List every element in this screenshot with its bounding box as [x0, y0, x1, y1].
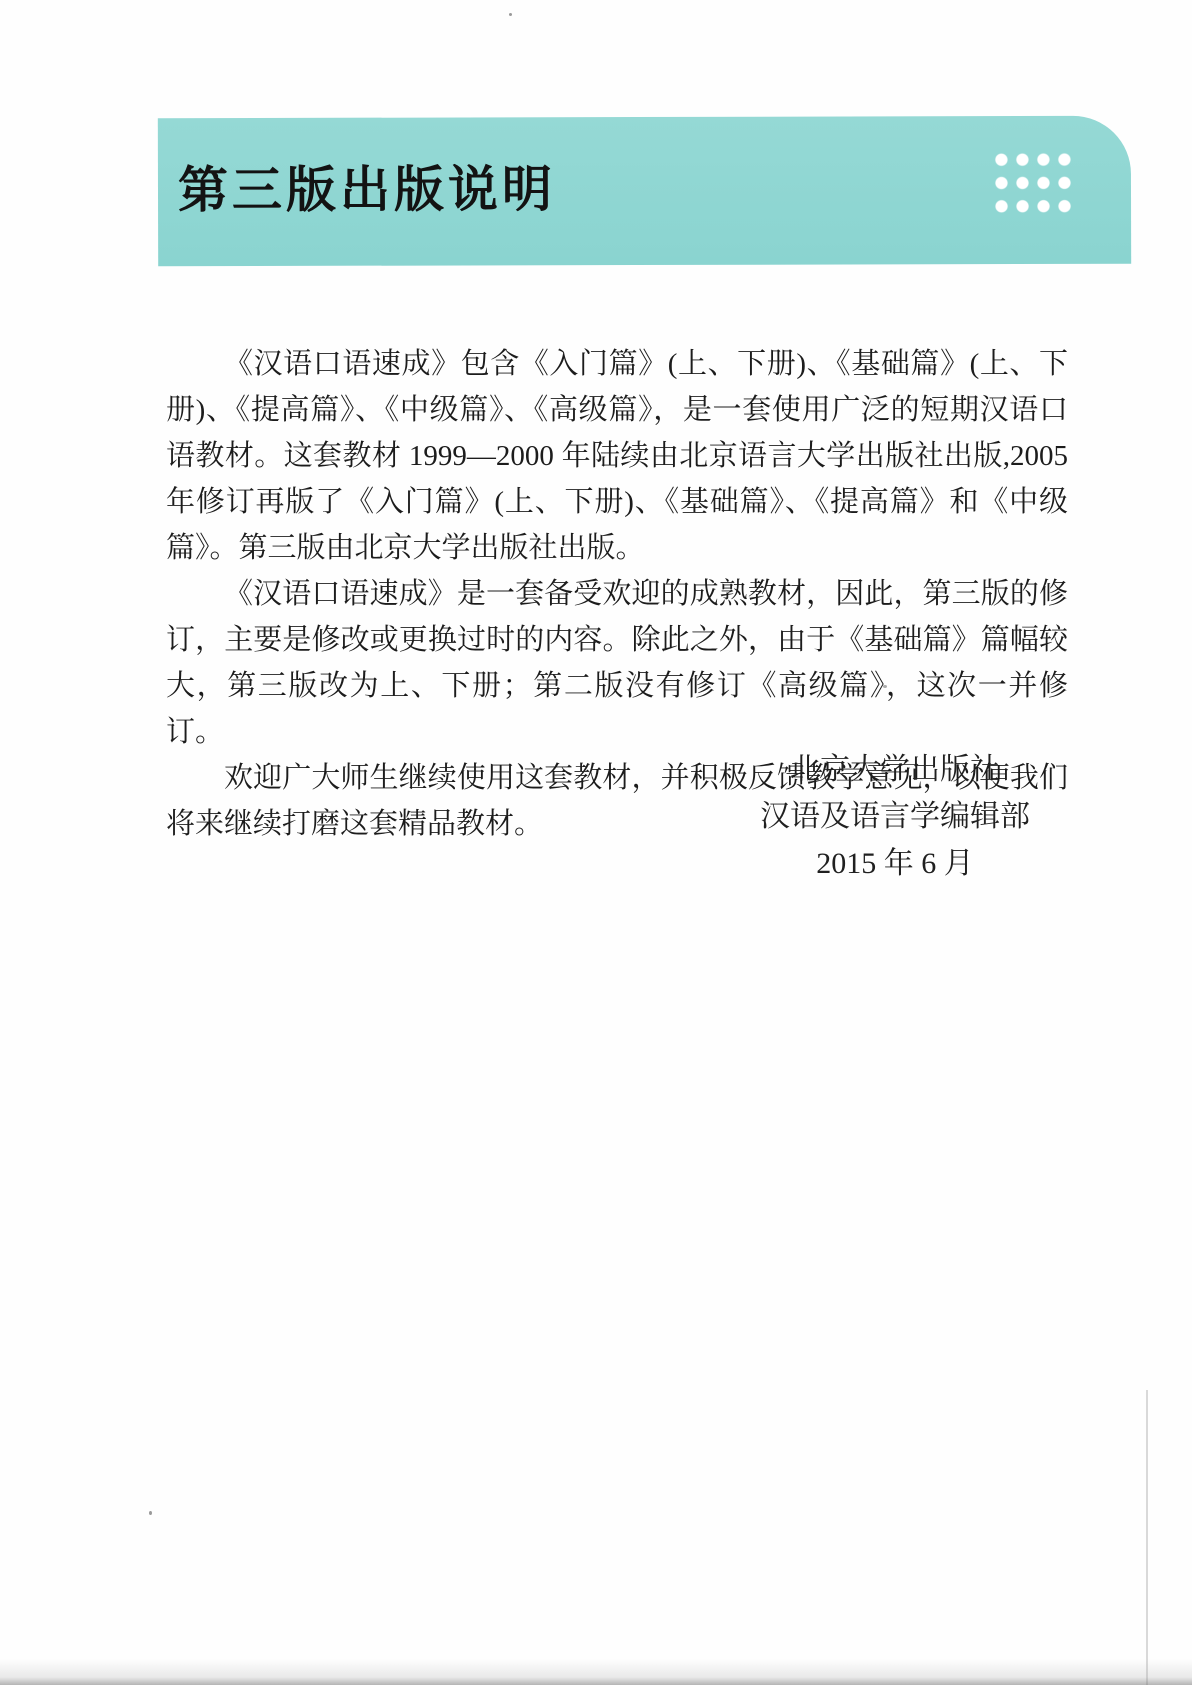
chapter-banner: 第三版出版说明 [158, 116, 1131, 267]
signature-date: 2015 年 6 月 [735, 840, 1055, 887]
signature-block: 北京大学出版社 汉语及语言学编辑部 2015 年 6 月 [735, 746, 1055, 887]
page-title: 第三版出版说明 [178, 161, 556, 218]
dot-grid-icon [991, 148, 1075, 218]
signature-department: 汉语及语言学编辑部 [735, 793, 1055, 840]
paragraph-2: 《汉语口语速成》是一套备受欢迎的成熟教材，因此，第三版的修订，主要是修改或更换过… [166, 571, 1068, 755]
scanned-book-page: 第三版出版说明 《汉语口语速成》包含《入门篇》(上、下册)、《基础篇》(上、下册… [0, 0, 1192, 1685]
scan-speck [883, 685, 887, 688]
paragraph-1: 《汉语口语速成》包含《入门篇》(上、下册)、《基础篇》(上、下册)、《提高篇》、… [166, 341, 1068, 571]
scan-edge-line [1146, 1390, 1148, 1685]
signature-publisher: 北京大学出版社 [735, 746, 1055, 793]
scan-speck [509, 13, 512, 16]
scan-speck [149, 1511, 152, 1515]
scan-bottom-shadow [0, 1659, 1192, 1685]
